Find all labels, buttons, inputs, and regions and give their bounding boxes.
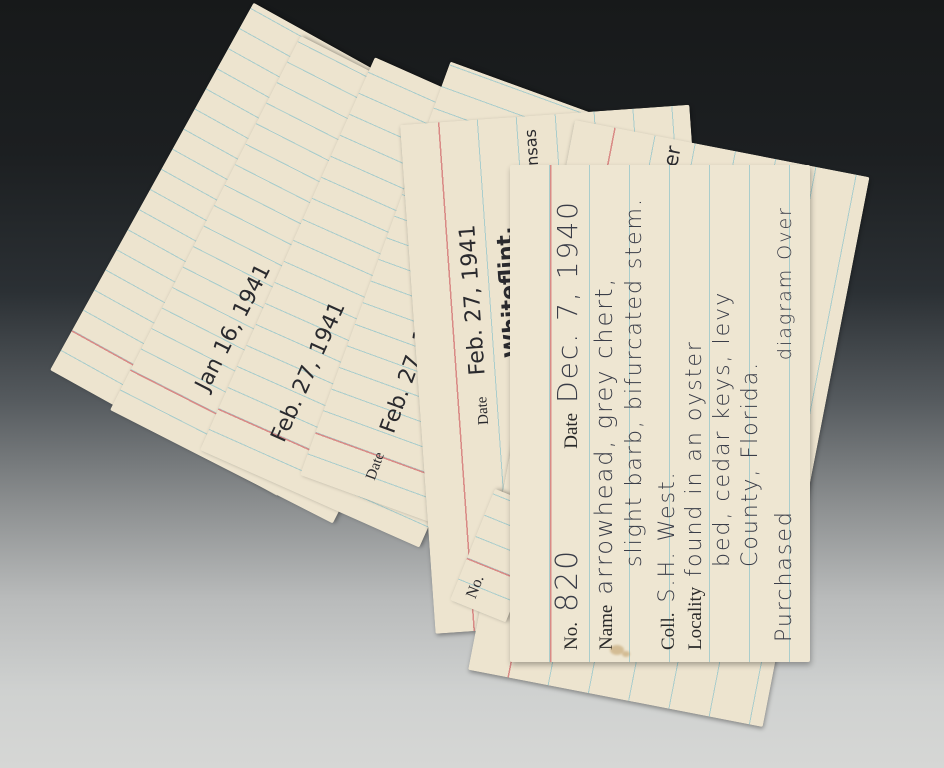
name-label: Name — [596, 605, 618, 650]
handwritten-date-label: Date — [474, 396, 493, 425]
footer-row: Purchased diagram Over — [772, 206, 797, 642]
locality-label: Locality — [685, 587, 707, 650]
index-card-820: No. 820 Date Dec. 7, 1940 Name arrowhead… — [510, 165, 810, 662]
locality-value-line2: bed, cedar keys, levy — [710, 291, 735, 567]
coll-row: Coll. S.H. West. — [655, 470, 680, 650]
date-value: Dec. 7, 1940 — [551, 200, 584, 403]
locality-row: Locality found in an oyster — [682, 340, 707, 650]
printed-no-label: No. — [463, 573, 489, 602]
locality-value: found in an oyster — [682, 340, 707, 577]
date-label: Date — [561, 413, 583, 449]
no-value: 820 — [550, 549, 585, 612]
name-row: Name arrowhead, grey chert, — [590, 277, 618, 650]
handwritten-date: Feb. 27, 1941 — [455, 224, 490, 376]
diagram-note: diagram Over — [774, 206, 796, 360]
coll-label: Coll. — [658, 613, 680, 650]
coll-value: S.H. West. — [655, 470, 680, 602]
no-label: No. — [561, 622, 583, 650]
name-value-line2: slight barb, bifurcated stem. — [622, 197, 647, 567]
locality-row-3: County, Florida. — [738, 361, 763, 567]
name-value: arrowhead, grey chert, — [590, 277, 618, 595]
card-content: No. 820 Date Dec. 7, 1940 Name arrowhead… — [510, 165, 810, 662]
number-date-row: No. 820 Date Dec. 7, 1940 — [550, 200, 585, 650]
purchased-note: Purchased — [772, 510, 797, 642]
handwritten-date-label: Date — [363, 450, 389, 482]
locality-value-line3: County, Florida. — [738, 361, 763, 567]
name-row-2: slight barb, bifurcated stem. — [622, 197, 647, 567]
locality-row-2: bed, cedar keys, levy — [710, 291, 735, 567]
age-stain — [622, 651, 630, 657]
